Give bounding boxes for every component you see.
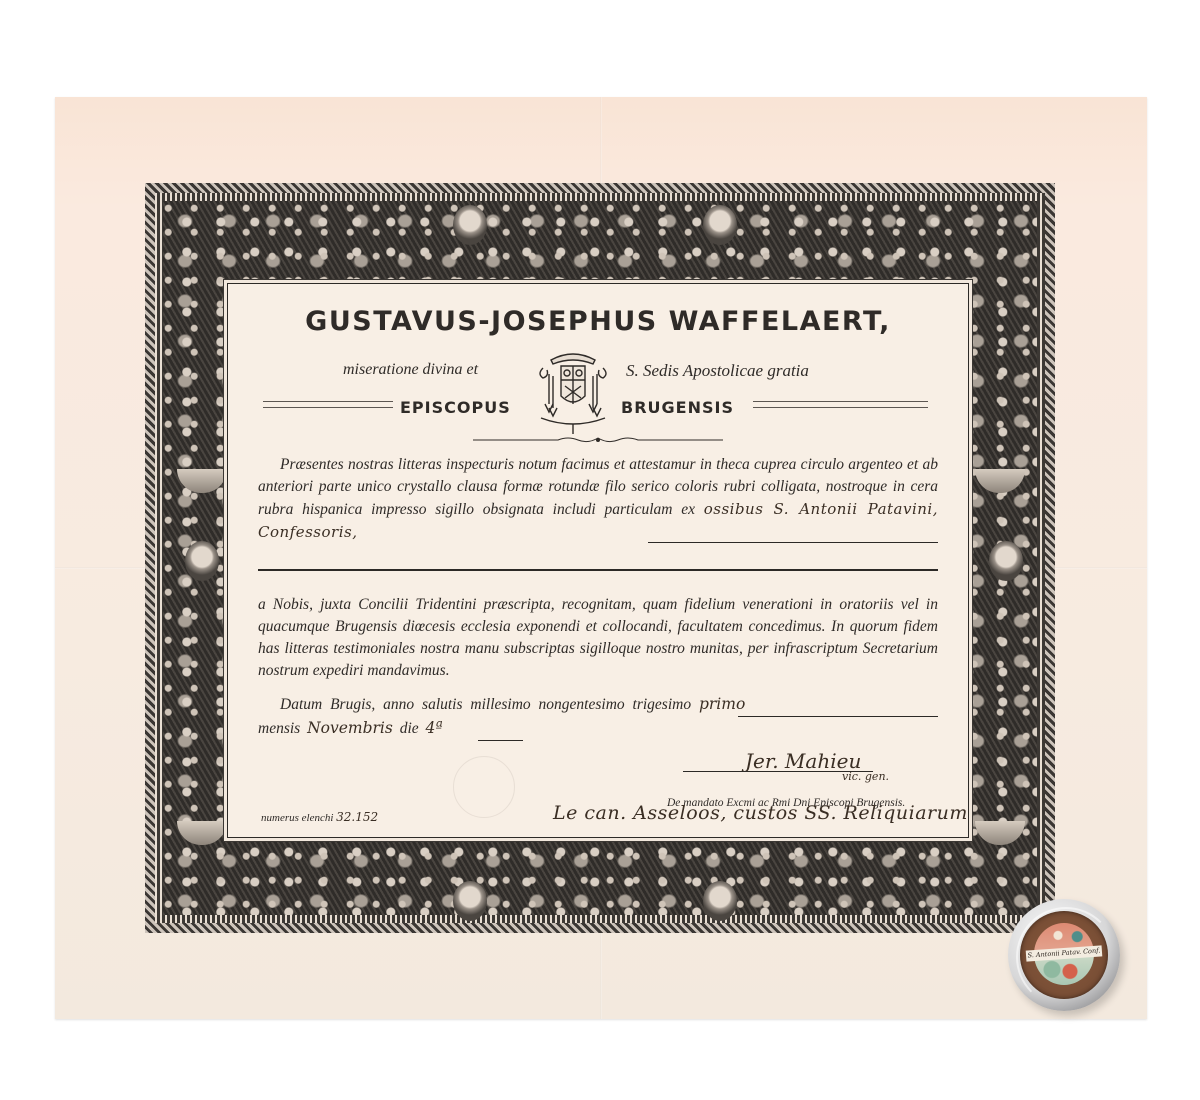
title-episcopus: EPISCOPUS — [400, 398, 511, 417]
fill-line-1 — [648, 542, 938, 543]
faded-seal-impression — [453, 756, 515, 818]
double-rule-right — [753, 399, 928, 411]
subtitle-left: miseratione divina et — [343, 361, 478, 379]
double-rule-left — [263, 399, 393, 411]
border-urn-left-2 — [177, 821, 227, 845]
attestation-paragraph: Præsentes nostras litteras inspecturis n… — [258, 454, 938, 544]
border-urn-right-1 — [975, 469, 1025, 493]
border-mask-medallion-top-2 — [703, 205, 737, 245]
border-mask-medallion-bottom-1 — [453, 881, 487, 921]
border-urn-right-2 — [975, 821, 1025, 845]
border-mask-medallion-top-1 — [453, 205, 487, 245]
die-label: die — [400, 720, 419, 737]
concession-paragraph: a Nobis, juxta Concilii Tridentini præsc… — [258, 594, 938, 682]
month-handwritten: Novembris — [307, 719, 393, 737]
day-fill-line — [478, 740, 523, 741]
title-brugensis: BRUGENSIS — [621, 398, 734, 417]
year-fill-line — [738, 716, 938, 717]
border-cherub-medallion-right — [989, 541, 1023, 581]
border-urn-left-1 — [177, 469, 227, 493]
border-mask-medallion-bottom-2 — [703, 881, 737, 921]
registry-value: 32.152 — [336, 810, 378, 824]
datum-line: Datum Brugis, anno salutis millesimo non… — [280, 695, 745, 714]
bishop-name-heading: GUSTAVUS-JOSEPHUS WAFFELAERT, — [228, 306, 968, 337]
decorative-flourish-icon — [473, 434, 723, 446]
relic-theca: S. Antonii Patav. Conf. — [1008, 899, 1120, 1011]
custodian-signature: Le can. Asseloos, custos SS. Reliquiarum — [553, 802, 968, 824]
datum-printed-text: Datum Brugis, anno salutis millesimo non… — [280, 696, 691, 713]
mensis-label: mensis — [258, 720, 300, 737]
day-handwritten: 4ª — [426, 719, 443, 737]
year-handwritten: primo — [699, 695, 745, 713]
episcopal-coat-of-arms-icon — [531, 346, 616, 436]
date-line: mensis Novembris die 4ª — [258, 719, 443, 738]
vicar-general-title: vic. gen. — [842, 770, 889, 783]
registry-number: numerus elenchi 32.152 — [261, 810, 378, 824]
certificate-text-panel: GUSTAVUS-JOSEPHUS WAFFELAERT, miseration… — [227, 283, 969, 838]
border-cherub-medallion-left — [185, 541, 219, 581]
fill-line-2 — [258, 569, 938, 571]
subtitle-right: S. Sedis Apostolicae gratia — [626, 361, 809, 381]
registry-label: numerus elenchi — [261, 812, 333, 824]
crystal-glint — [1016, 907, 1116, 1007]
